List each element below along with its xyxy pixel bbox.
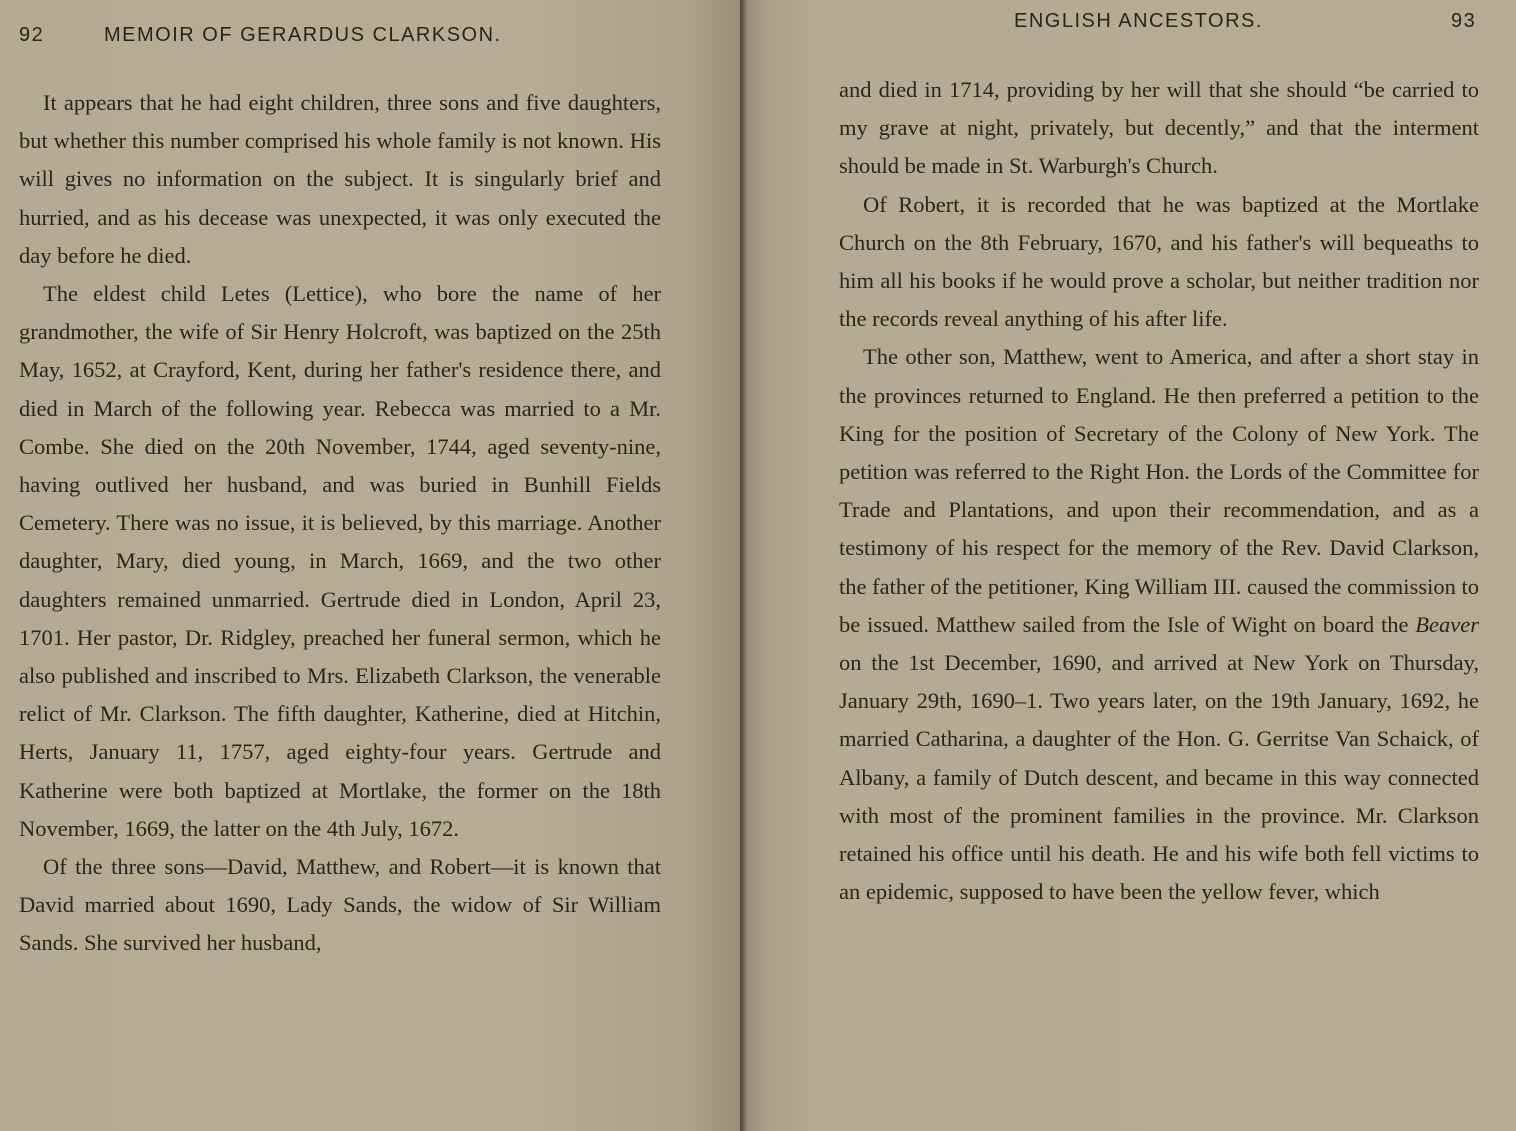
paragraph: The other son, Matthew, went to America,… <box>839 338 1479 911</box>
paragraph: The eldest child Letes (Lettice), who bo… <box>19 275 661 848</box>
paragraph: Of the three sons—David, Matthew, and Ro… <box>19 848 661 963</box>
book-gutter <box>740 0 746 1131</box>
right-page: ENGLISH ANCESTORS. 93 and died in 1714, … <box>740 0 1516 1131</box>
paragraph: Of Robert, it is recorded that he was ba… <box>839 186 1479 339</box>
left-page-body: It appears that he had eight children, t… <box>19 84 661 963</box>
paragraph-text: The other son, Matthew, went to America,… <box>839 344 1479 636</box>
left-page: 92 MEMOIR OF GERARDUS CLARKSON. It appea… <box>0 0 740 1131</box>
book-spread: 92 MEMOIR OF GERARDUS CLARKSON. It appea… <box>0 0 1516 1131</box>
running-head-right: ENGLISH ANCESTORS. <box>1014 10 1263 33</box>
running-head-left: MEMOIR OF GERARDUS CLARKSON. <box>104 24 502 47</box>
page-number-right: 93 <box>1451 10 1476 33</box>
paragraph: It appears that he had eight children, t… <box>19 84 661 275</box>
paragraph-text: on the 1st December, 1690, and arrived a… <box>839 650 1479 904</box>
paragraph: and died in 1714, providing by her will … <box>839 71 1479 186</box>
page-number-left: 92 <box>19 24 44 47</box>
right-page-body: and died in 1714, providing by her will … <box>839 71 1479 911</box>
ship-name: Beaver <box>1415 612 1479 637</box>
